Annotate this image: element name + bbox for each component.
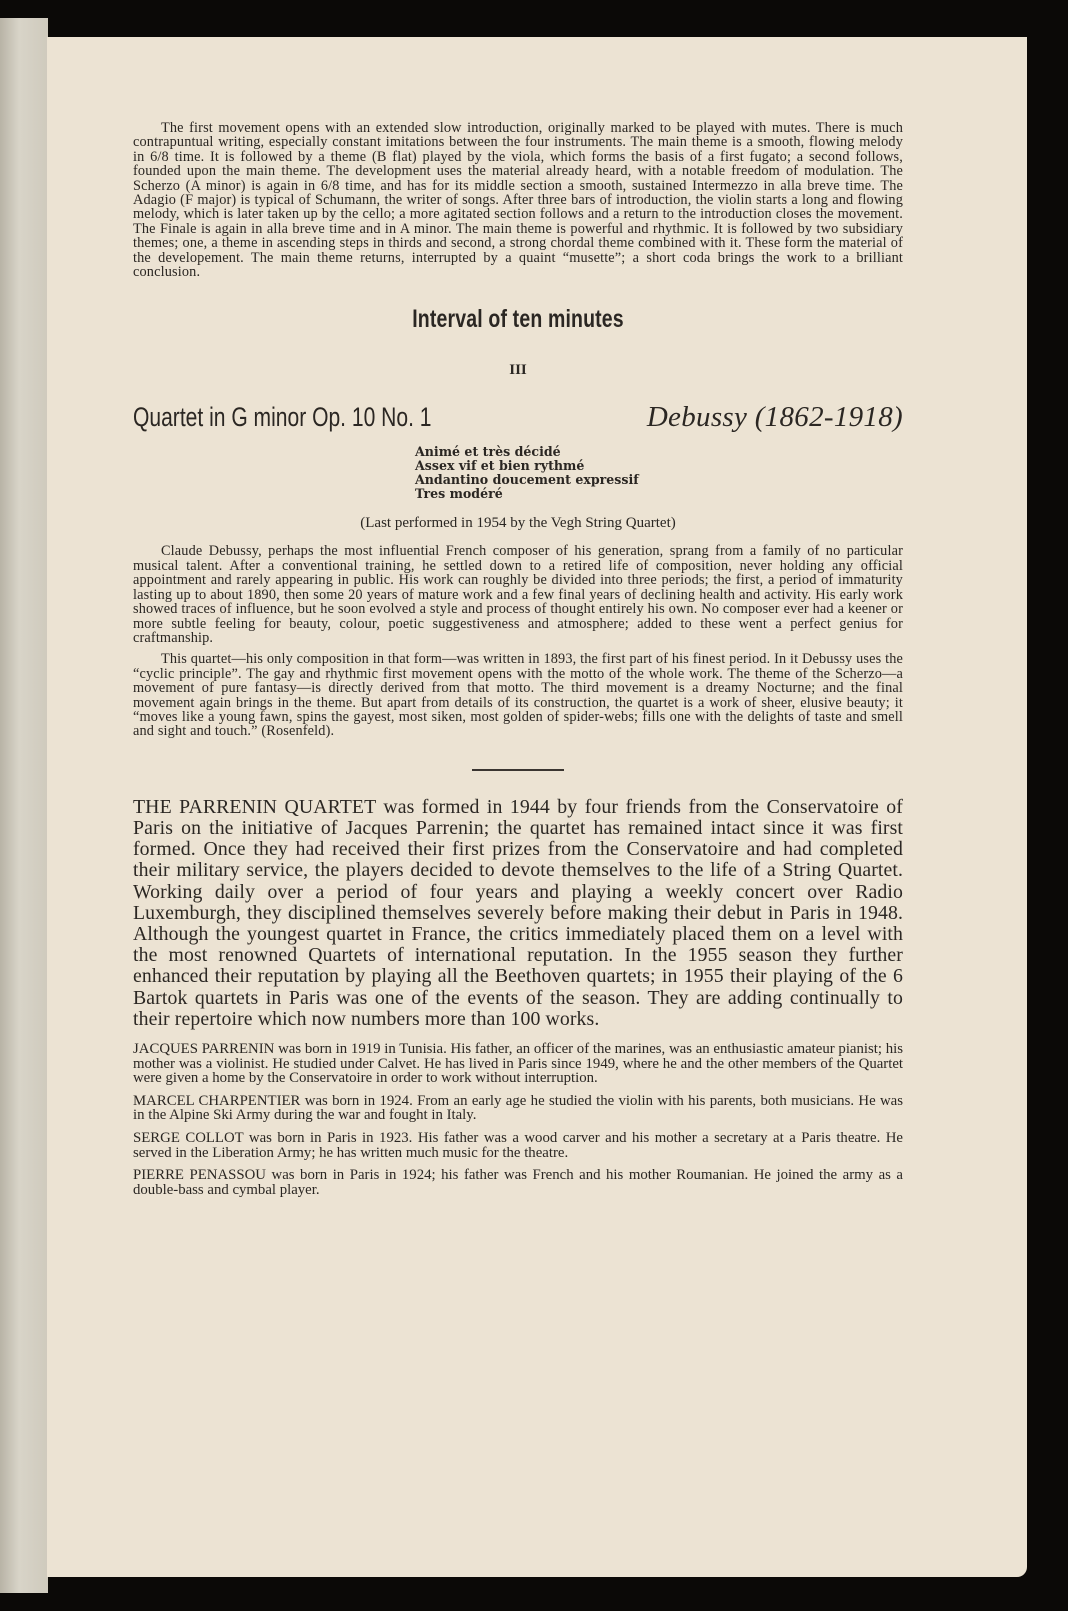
adjacent-page-edge (0, 18, 48, 1593)
section-number: III (133, 362, 903, 379)
first-quartet-analysis-paragraph: The first movement opens with an extende… (133, 121, 903, 279)
interval-heading: Interval of ten minutes (218, 305, 819, 334)
member-bio-pierre-penassou: PIERRE PENASSOU was born in Paris in 192… (133, 1168, 903, 1197)
movement-item: Assex vif et bien rythmé (415, 459, 903, 473)
member-bio-jacques-parrenin: JACQUES PARRENIN was born in 1919 in Tun… (133, 1042, 903, 1086)
movement-list: Animé et très décidé Assex vif et bien r… (415, 445, 903, 501)
page-content: The first movement opens with an extende… (133, 121, 903, 1197)
movement-item: Tres modéré (415, 487, 903, 501)
member-bio-marcel-charpentier: MARCEL CHARPENTIER was born in 1924. Fro… (133, 1094, 903, 1123)
debussy-biography-paragraph: Claude Debussy, perhaps the most influen… (133, 544, 903, 645)
member-bio-serge-collot: SERGE COLLOT was born in Paris in 1923. … (133, 1131, 903, 1160)
work-title-row: Quartet in G minor Op. 10 No. 1 Debussy … (133, 401, 903, 435)
composer-name: Debussy (1862-1918) (647, 401, 903, 434)
debussy-quartet-paragraph: This quartet—his only composition in tha… (133, 652, 903, 738)
work-title: Quartet in G minor Op. 10 No. 1 (133, 402, 431, 433)
movement-item: Animé et très décidé (415, 445, 903, 459)
section-divider (472, 769, 564, 771)
parrenin-quartet-paragraph: THE PARRENIN QUARTET was formed in 1944 … (133, 797, 903, 1030)
programme-page: The first movement opens with an extende… (47, 37, 1027, 1577)
movement-item: Andantino doucement expressif (415, 473, 903, 487)
last-performed-note: (Last performed in 1954 by the Vegh Stri… (133, 515, 903, 532)
